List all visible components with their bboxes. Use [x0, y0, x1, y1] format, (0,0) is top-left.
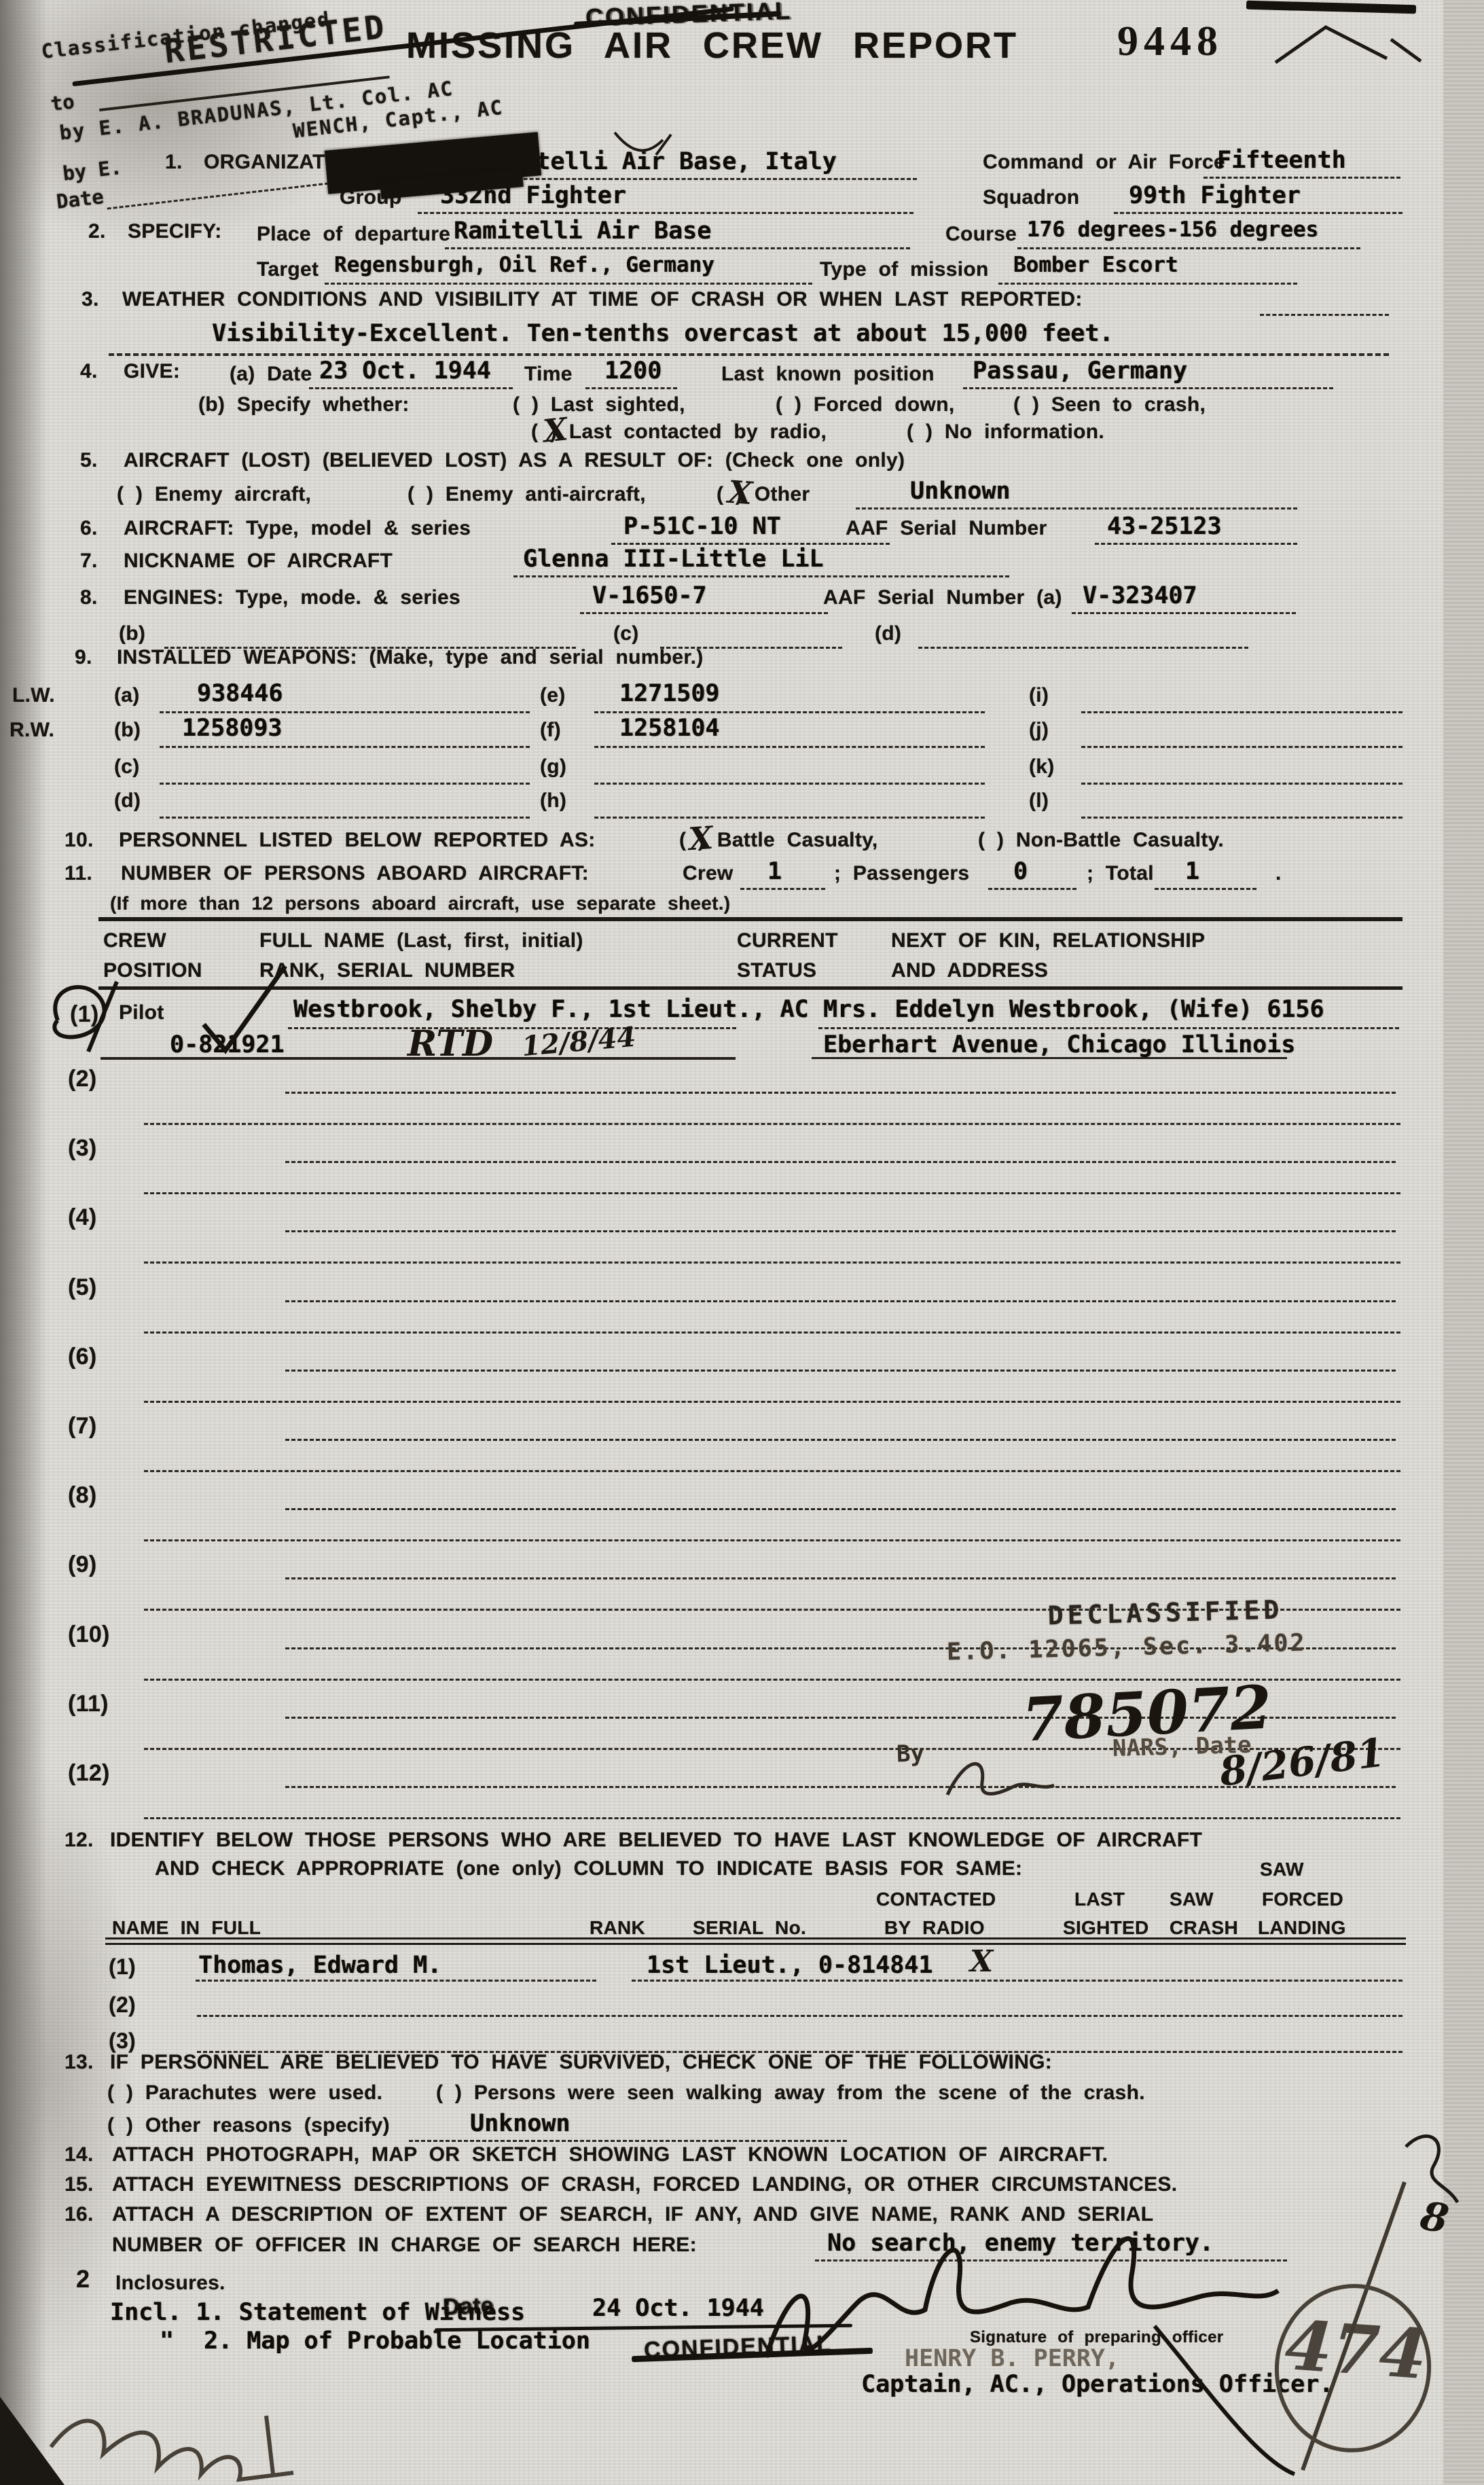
engine-serial-label: AAF Serial Number (a) [823, 586, 1062, 609]
option-parachutes: ( ) Parachutes were used. [107, 2081, 382, 2105]
option-contacted-radio: ( ) Last contacted by radio, [531, 421, 827, 444]
item4-number: 4. [80, 360, 98, 383]
scan-corner-shadow [0, 2397, 65, 2485]
witness-row1-x-mark: X [970, 1944, 993, 1979]
total-label: ; Total [1087, 862, 1154, 885]
left-wing-label: L.W. [12, 684, 55, 707]
weather-answer: Visibility-Excellent. Ten-tenths overcas… [212, 320, 1114, 347]
circled-number-pencil: 474 [1282, 2305, 1429, 2395]
weapon-c-label: (c) [114, 755, 140, 779]
item11-label: NUMBER OF PERSONS ABOARD AIRCRAFT: [121, 862, 589, 885]
right-wing-label: R.W. [10, 719, 54, 742]
weapon-f-label: (f) [540, 719, 561, 742]
item14-number: 14. [65, 2143, 94, 2166]
inclosures-label: Inclosures. [115, 2272, 225, 2295]
fill-line [285, 1370, 1396, 1372]
stamp-by-prefix-2: by E. [62, 156, 124, 185]
col-rank: RANK [590, 1917, 645, 1939]
passengers-value: 0 [1013, 858, 1028, 885]
option-other-reasons: ( ) Other reasons (specify) [107, 2114, 390, 2137]
item7-label: NICKNAME OF AIRCRAFT [124, 550, 393, 573]
search-answer: No search, enemy territory. [827, 2230, 1214, 2257]
other-x-mark: X [727, 473, 753, 512]
weapon-g-label: (g) [540, 755, 566, 779]
time-label: Time [524, 363, 573, 386]
item9-number: 9. [75, 646, 92, 669]
radio-x-mark: X [541, 410, 569, 449]
item5-label: AIRCRAFT (LOST) (BELIEVED LOST) AS A RES… [124, 449, 905, 472]
weapon-f-value: 1258104 [619, 715, 720, 742]
crew-row-number: (2) [68, 1066, 96, 1092]
crew-row-number: (6) [68, 1344, 96, 1370]
passengers-label: ; Passengers [834, 862, 969, 885]
option-last-sighted: ( ) Last sighted, [513, 393, 685, 416]
header-address: AND ADDRESS [891, 959, 1048, 982]
crew-row-number: (10) [68, 1622, 110, 1648]
item16-number: 16. [65, 2203, 94, 2226]
crew-row-number: (4) [68, 1204, 96, 1231]
declassified-text: DECLASSIFIED [1047, 1594, 1284, 1630]
item13-number: 13. [65, 2051, 94, 2074]
crew-row1-number: (1) [70, 1001, 98, 1028]
squadron-label: Squadron [983, 186, 1079, 209]
item10-number: 10. [65, 829, 94, 852]
declassified-eo-text: E.O. 12065, Sec. 3.402 [947, 1629, 1307, 1666]
witness-row-number: (2) [109, 1992, 136, 2018]
officer-name-typed: HENRY B. PERRY, [905, 2345, 1119, 2372]
option-enemy-antiaircraft: ( ) Enemy anti-aircraft, [408, 483, 646, 506]
option-seen-to-crash: ( ) Seen to crash, [1013, 393, 1206, 416]
fill-line [144, 1817, 1400, 1819]
item4-label: GIVE: [124, 360, 180, 383]
header-rank-serial: RANK, SERIAL NUMBER [259, 959, 515, 982]
item3-label: WEATHER CONDITIONS AND VISIBILITY AT TIM… [122, 288, 1083, 311]
item9-label: INSTALLED WEAPONS: (Make, type and seria… [117, 646, 704, 669]
pen-mark-top-right [1275, 27, 1421, 62]
witness-row1-rank-serial: 1st Lieut., 0-814841 [647, 1952, 933, 1979]
course-value: 176 degrees-156 degrees [1027, 217, 1318, 242]
col-forced: FORCED [1262, 1889, 1343, 1910]
weapon-l-label: (l) [1029, 789, 1049, 812]
item16-line1: ATTACH A DESCRIPTION OF EXTENT OF SEARCH… [112, 2203, 1153, 2226]
crew-row-number: (3) [68, 1135, 96, 1162]
col-sighted: SIGHTED [1063, 1917, 1149, 1939]
date-label: (a) Date [230, 363, 312, 386]
fill-line [285, 1230, 1396, 1232]
item14-label: ATTACH PHOTOGRAPH, MAP OR SKETCH SHOWING… [112, 2143, 1108, 2166]
option-forced-down: ( ) Forced down, [776, 393, 954, 416]
item10-label: PERSONNEL LISTED BELOW REPORTED AS: [119, 829, 596, 852]
declass-signature-squiggle [947, 1764, 1054, 1795]
witness-table-rule-b [105, 1943, 1406, 1945]
engine-b-label: (b) [119, 622, 145, 645]
fill-line [197, 2015, 1402, 2017]
crew-count-value: 1 [767, 858, 782, 885]
fill-line [285, 1577, 1396, 1579]
fill-line [144, 1539, 1400, 1541]
inclosure1-text: Incl. 1. Statement of Witness [110, 2299, 525, 2326]
separate-sheet-note: (If more than 12 persons aboard aircraft… [110, 893, 730, 914]
fill-line [285, 1161, 1396, 1163]
battle-casualty-x-mark: X [687, 819, 714, 857]
item3-number: 3. [82, 288, 99, 311]
witness-row1-number: (1) [109, 1954, 136, 1980]
item8-number: 8. [80, 586, 98, 609]
fill-line [144, 1192, 1400, 1194]
weapon-e-label: (e) [540, 684, 566, 707]
item2-number: 2. [88, 220, 106, 243]
weapon-a-value: 938446 [197, 680, 283, 707]
aaf-serial-label: AAF Serial Number [846, 517, 1047, 540]
weapon-b-label: (b) [114, 719, 141, 742]
fill-line [285, 1439, 1396, 1441]
item4b-label: (b) Specify whether: [198, 393, 410, 416]
fill-line [144, 1470, 1400, 1472]
aircraft-type-value: P-51C-10 NT [623, 513, 781, 540]
other-reasons-value: Unknown [470, 2110, 571, 2137]
col-crash: CRASH [1170, 1917, 1238, 1939]
item15-number: 15. [65, 2173, 94, 2196]
engine-serial-value: V-323407 [1083, 582, 1197, 609]
scan-mark-top-right [1246, 1, 1416, 14]
departure-value: Ramitelli Air Base [454, 217, 711, 245]
scan-edge-right [1443, 0, 1484, 2485]
course-label: Course [945, 223, 1017, 246]
col-landing: LANDING [1258, 1917, 1346, 1939]
fill-line [285, 1508, 1396, 1510]
crew-row-number: (12) [68, 1760, 110, 1787]
item7-number: 7. [80, 550, 98, 573]
date-value: 23 Oct. 1944 [319, 357, 491, 385]
col-serial-no: SERIAL No. [693, 1917, 806, 1939]
engine-d-label: (d) [875, 622, 901, 645]
position-value: Passau, Germany [973, 357, 1187, 385]
declassified-number-handwritten: 785072 [1021, 1671, 1273, 1755]
weapon-b-value: 1258093 [182, 715, 283, 742]
col-contacted: CONTACTED [876, 1889, 996, 1910]
crew-row-number: (8) [68, 1482, 96, 1509]
header-position: POSITION [103, 959, 202, 982]
fill-line [144, 1401, 1400, 1403]
option-enemy-aircraft: ( ) Enemy aircraft, [117, 483, 311, 506]
option-no-information: ( ) No information. [907, 421, 1104, 444]
report-number: 9448 [1117, 18, 1223, 66]
weapon-h-label: (h) [540, 789, 566, 812]
weapon-j-label: (j) [1029, 719, 1049, 742]
stamp-date-label: Date [55, 185, 105, 213]
col-name-in-full: NAME IN FULL [112, 1917, 261, 1939]
other-cause-value: Unknown [910, 478, 1011, 505]
weapon-d-label: (d) [114, 789, 141, 812]
item13-label: IF PERSONNEL ARE BELIEVED TO HAVE SURVIV… [110, 2051, 1052, 2074]
item5-number: 5. [80, 449, 98, 472]
option-nonbattle-casualty: ( ) Non-Battle Casualty. [978, 829, 1224, 852]
inclosure2-text: 2. Map of Probable Location [204, 2327, 590, 2355]
header-current: CURRENT [737, 929, 838, 952]
item15-label: ATTACH EYEWITNESS DESCRIPTIONS OF CRASH,… [112, 2173, 1177, 2196]
declassified-by-label: By [897, 1740, 925, 1768]
witness-table-rule-a [105, 1937, 1406, 1939]
signature-tail [1155, 2326, 1295, 2474]
officer-title-typed: Captain, AC., Operations Officer. [861, 2371, 1333, 2398]
weapon-a-label: (a) [114, 684, 140, 707]
squadron-value: 99th Fighter [1129, 182, 1301, 209]
crew-table-header-rule [98, 986, 1402, 990]
item16-line2: NUMBER OF OFFICER IN CHARGE OF SEARCH HE… [112, 2234, 697, 2257]
crew-row-number: (5) [68, 1274, 96, 1301]
fill-line [285, 1300, 1396, 1302]
col-by-radio: BY RADIO [884, 1917, 985, 1939]
command-value: Fifteenth [1217, 147, 1346, 174]
total-value: 1 [1185, 858, 1199, 885]
inclosure1-date-value: 24 Oct. 1944 [592, 2295, 764, 2322]
weapon-k-label: (k) [1029, 755, 1055, 779]
fill-line [144, 1331, 1400, 1334]
item6-number: 6. [80, 517, 98, 540]
item2-label: SPECIFY: [128, 220, 222, 243]
witness-row1-name: Thomas, Edward M. [198, 1952, 441, 1979]
crew-row1-kin-line2: Eberhart Avenue, Chicago Illinois [823, 1031, 1295, 1058]
option-seen-walking: ( ) Persons were seen walking away from … [436, 2081, 1145, 2105]
item12-line1: IDENTIFY BELOW THOSE PERSONS WHO ARE BEL… [110, 1829, 1202, 1852]
mission-label: Type of mission [820, 258, 989, 281]
position-label: Last known position [721, 363, 935, 386]
crew-row1-serial: 0-821921 [170, 1031, 285, 1058]
ditto-mark: " [160, 2327, 174, 2355]
target-label: Target [257, 258, 319, 281]
item6-label: AIRCRAFT: Type, model & series [124, 517, 471, 540]
header-crew: CREW [103, 929, 166, 952]
header-status: STATUS [737, 959, 816, 982]
engine-c-label: (c) [613, 622, 639, 645]
crew-row-number: (9) [68, 1552, 96, 1578]
crew-row-number: (7) [68, 1413, 96, 1440]
fill-line [285, 1092, 1396, 1094]
mission-value: Bomber Escort [1013, 253, 1178, 277]
macr-form-page: CONFIDENTIAL Classification changed REST… [0, 0, 1484, 2485]
col-saw: SAW [1170, 1889, 1214, 1910]
stamp-to-label: to [50, 90, 76, 115]
crew-table-top-rule [98, 917, 1402, 921]
item8-label: ENGINES: Type, mode. & series [124, 586, 460, 609]
crew-row1-position: Pilot [119, 1001, 164, 1024]
inclosures-count: 2 [76, 2265, 90, 2293]
weapon-i-label: (i) [1029, 684, 1049, 707]
fill-line [144, 1262, 1400, 1264]
pencil-scribble-bottom-left [51, 2416, 293, 2480]
witness-row-number: (3) [109, 2028, 136, 2054]
item12-number: 12. [65, 1829, 94, 1852]
target-value: Regensburgh, Oil Ref., Germany [334, 253, 714, 277]
crew-count-label: Crew [683, 862, 734, 885]
time-value: 1200 [604, 357, 662, 385]
command-label: Command or Air Force [983, 151, 1225, 174]
aaf-serial-value: 43-25123 [1107, 513, 1222, 540]
weapon-e-value: 1271509 [619, 680, 720, 707]
crew-row-number: (11) [68, 1691, 109, 1717]
departure-label: Place of departure [257, 223, 450, 246]
signature-caption: Signature of preparing officer [970, 2328, 1223, 2347]
header-next-of-kin: NEXT OF KIN, RELATIONSHIP [891, 929, 1205, 952]
fill-line [144, 1123, 1400, 1125]
item12-line2: AND CHECK APPROPRIATE (one only) COLUMN … [155, 1857, 1022, 1880]
item11-number: 11. [65, 862, 92, 885]
crew-row1-kin-line1: Mrs. Eddelyn Westbrook, (Wife) 6156 [823, 996, 1324, 1023]
item11-period: . [1275, 862, 1282, 885]
engine-type-value: V-1650-7 [592, 582, 707, 609]
nickname-value: Glenna III-Little LiL [523, 546, 824, 573]
col-saw-top: SAW [1260, 1859, 1304, 1880]
crew-row1-status-handwritten: RTD [408, 1023, 493, 1065]
scan-edge-left [0, 0, 48, 2485]
header-full-name: FULL NAME (Last, first, initial) [259, 929, 583, 952]
col-last: LAST [1074, 1889, 1125, 1910]
crew-row1-name: Westbrook, Shelby F., 1st Lieut., AC [293, 996, 809, 1023]
